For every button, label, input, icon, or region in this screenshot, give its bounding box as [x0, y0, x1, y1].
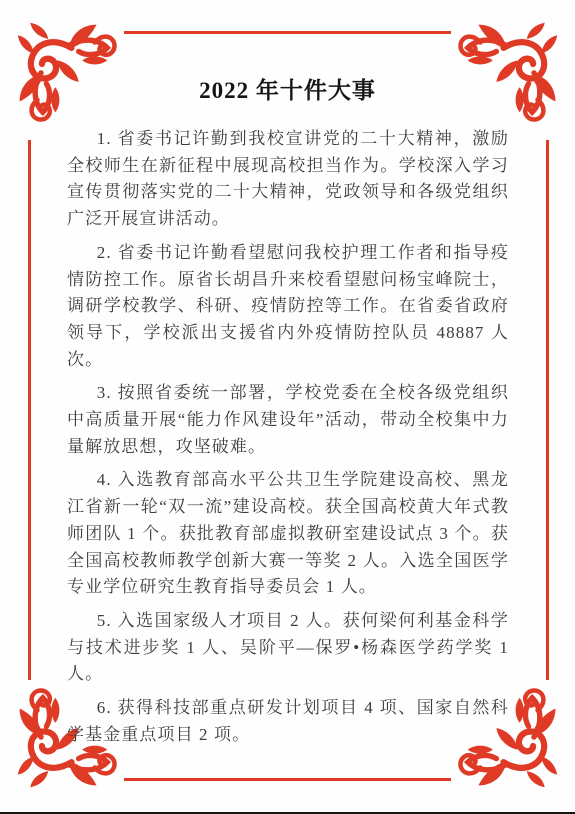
document-body: 1. 省委书记许勤到我校宣讲党的二十大精神，激励全校师生在新征程中展现高校担当作… — [67, 126, 509, 755]
event-paragraph-5: 5. 入选国家级人才项目 2 人。获何梁何利基金科学与技术进步奖 1 人、吴阶平… — [67, 608, 509, 688]
event-paragraph-4: 4. 入选教育部高水平公共卫生学院建设高校、黑龙江省新一轮“双一流”建设高校。获… — [67, 467, 509, 601]
frame-line-right — [546, 140, 549, 680]
frame-line-bottom — [124, 778, 451, 781]
event-paragraph-1: 1. 省委书记许勤到我校宣讲党的二十大精神，激励全校师生在新征程中展现高校担当作… — [67, 126, 509, 233]
event-paragraph-2: 2. 省委书记许勤看望慰问我校护理工作者和指导疫情防控工作。原省长胡昌升来校看望… — [67, 240, 509, 374]
event-paragraph-6: 6. 获得科技部重点研发计划项目 4 项、国家自然科学基金重点项目 2 项。 — [67, 695, 509, 748]
document-page: 2022 年十件大事 1. 省委书记许勤到我校宣讲党的二十大精神，激励全校师生在… — [0, 0, 575, 814]
page-title: 2022 年十件大事 — [0, 72, 575, 105]
frame-line-left — [28, 140, 31, 680]
frame-line-top — [124, 31, 451, 34]
event-paragraph-3: 3. 按照省委统一部署，学校党委在全校各级党组织中高质量开展“能力作风建设年”活… — [67, 380, 509, 460]
